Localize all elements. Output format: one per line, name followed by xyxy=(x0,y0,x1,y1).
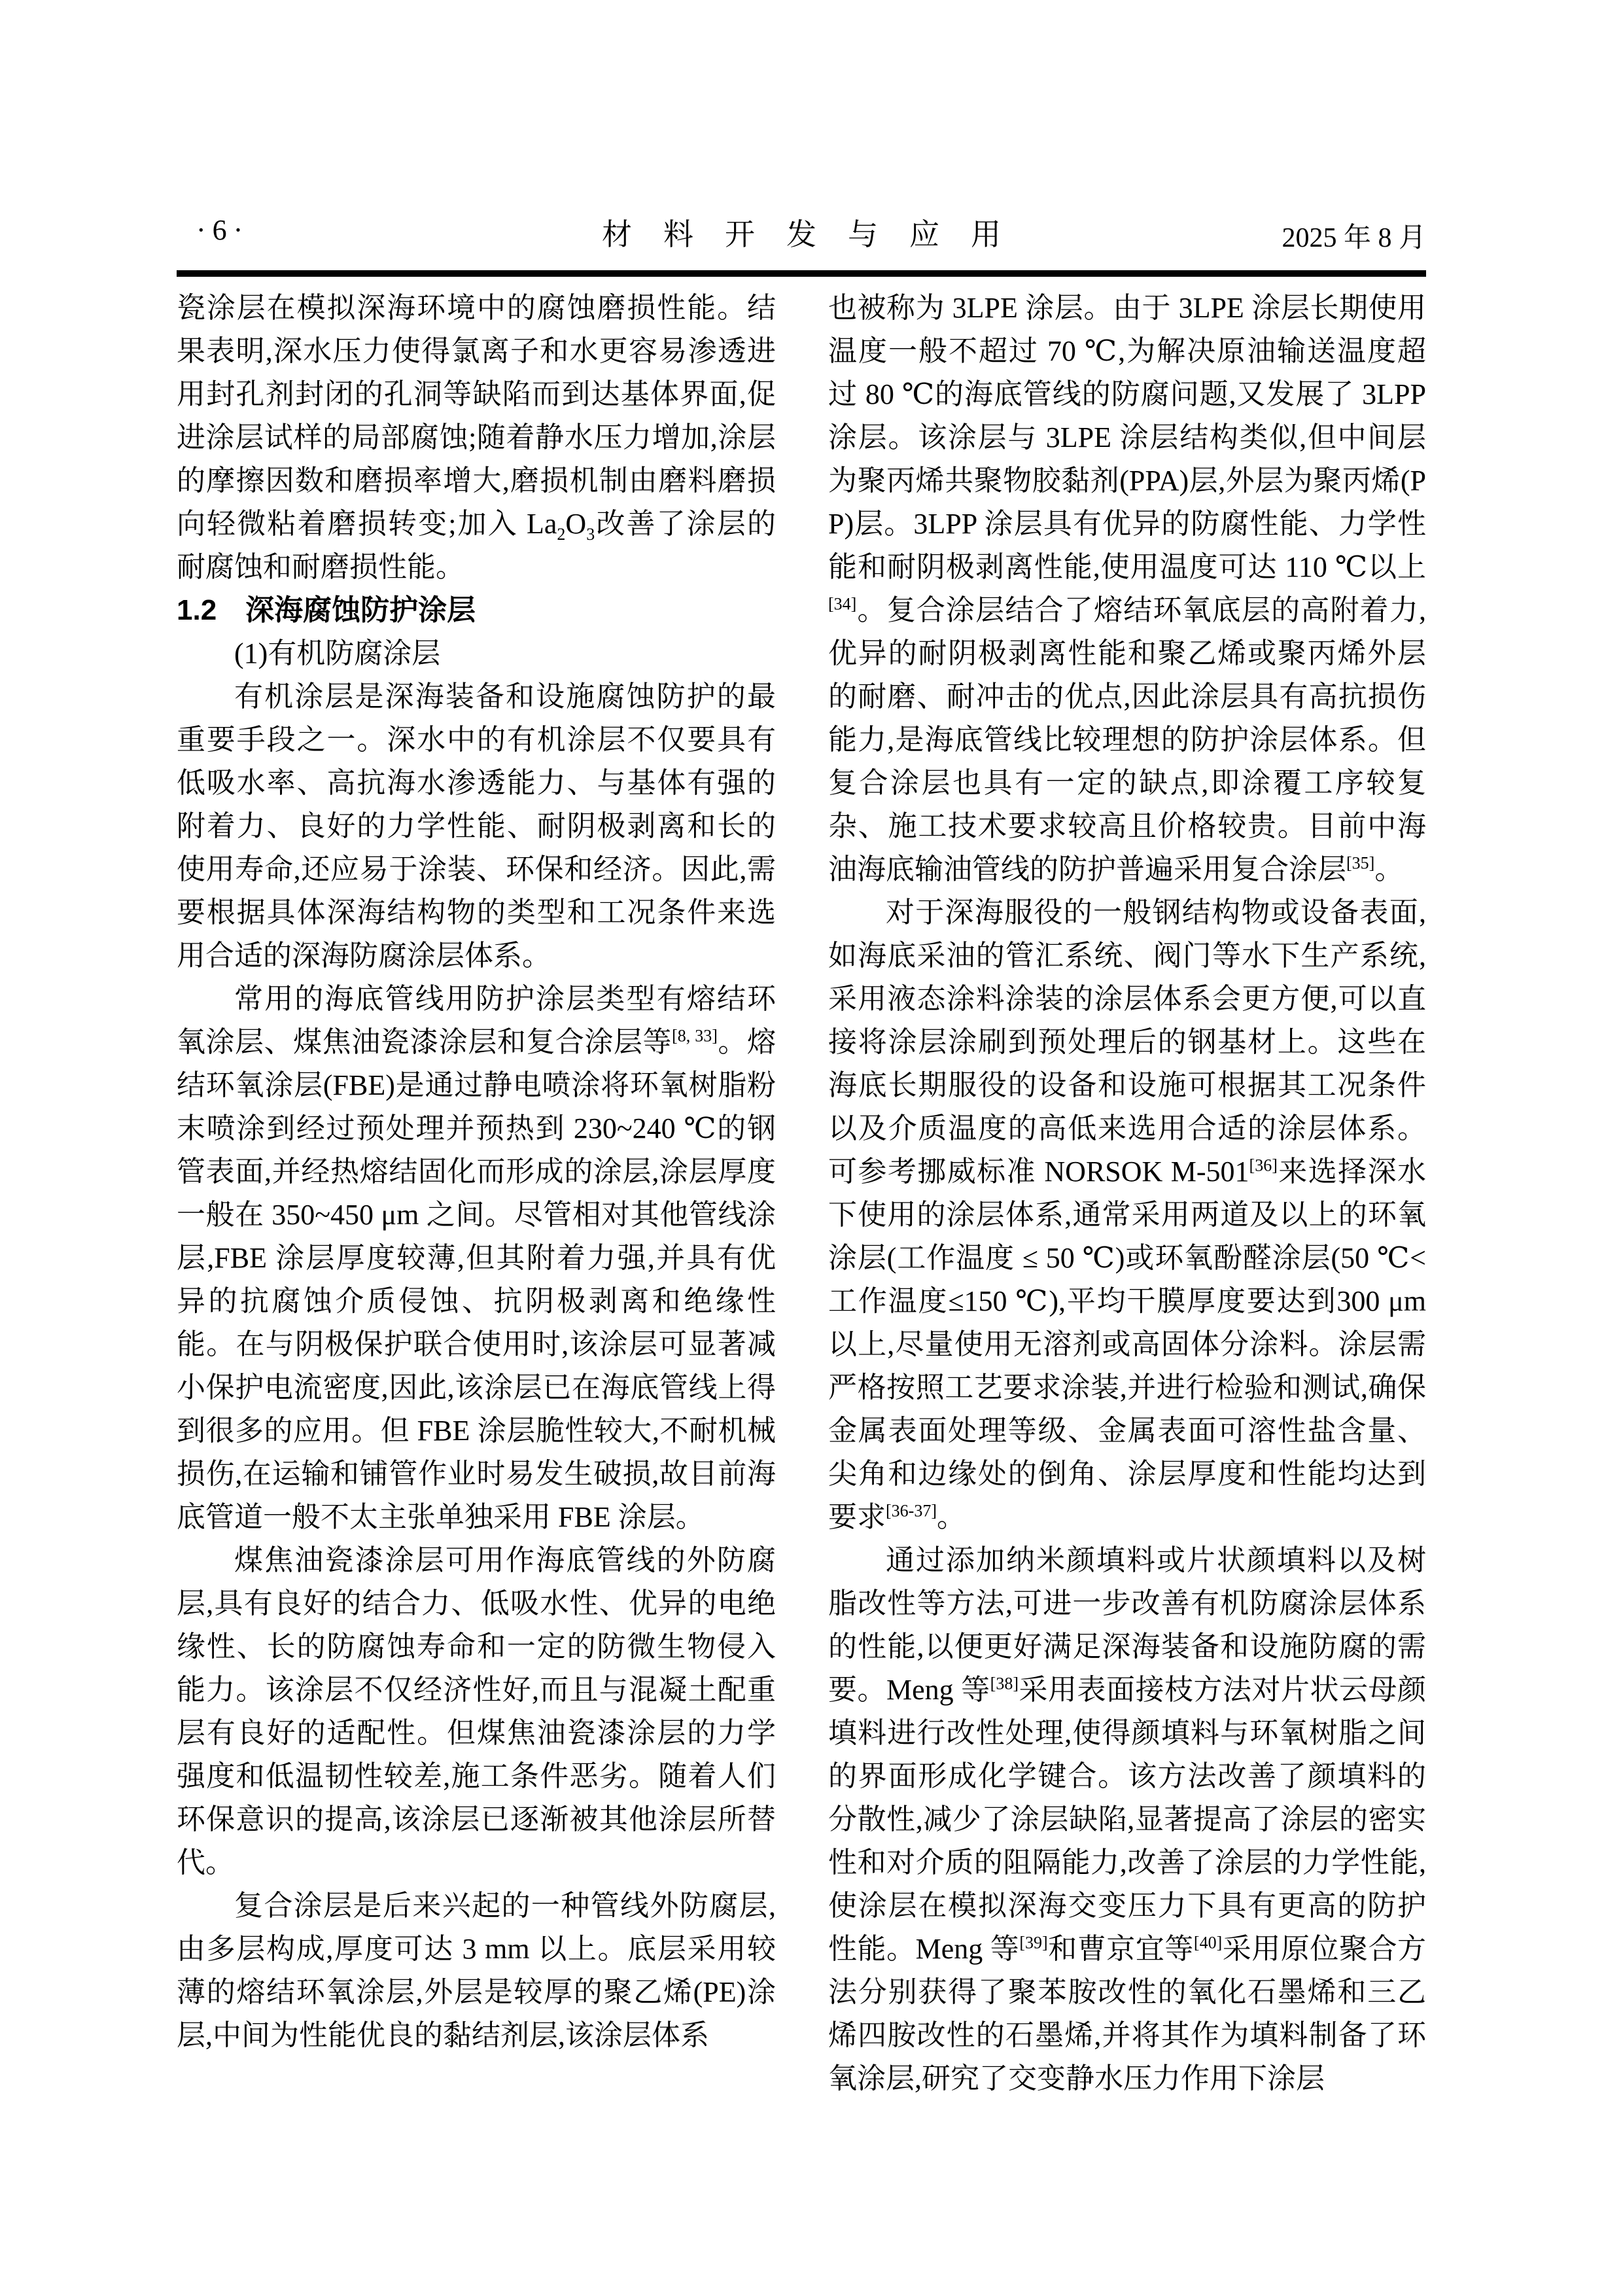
header-rule xyxy=(177,270,1426,277)
paragraph: (1)有机防腐涂层 xyxy=(177,632,776,675)
paragraph: 瓷涂层在模拟深海环境中的腐蚀磨损性能。结果表明,深水压力使得氯离子和水更容易渗透… xyxy=(177,287,776,589)
chemical-subscript: 2 xyxy=(557,525,565,544)
text-run: 。复合涂层结合了熔结环氧底层的高附着力,优异的耐阴极剥离性能和聚乙烯或聚丙烯外层… xyxy=(828,594,1426,885)
text-run: (1)有机防腐涂层 xyxy=(234,637,440,669)
left-column: 瓷涂层在模拟深海环境中的腐蚀磨损性能。结果表明,深水压力使得氯离子和水更容易渗透… xyxy=(177,287,776,2119)
page: ·6· 材料开发与应用 2025 年 8 月 瓷涂层在模拟深海环境中的腐蚀磨损性… xyxy=(0,0,1623,2296)
citation-reference: [35] xyxy=(1346,853,1374,872)
right-column: 也被称为 3LPE 涂层。由于 3LPE 涂层长期使用温度一般不超过 70 ℃,… xyxy=(828,287,1426,2119)
text-run: 有机涂层是深海装备和设施腐蚀防护的最重要手段之一。深水中的有机涂层不仅要具有低吸… xyxy=(177,680,776,972)
text-run: 来选择深水下使用的涂层体系,通常采用两道及以上的环氧涂层(工作温度 ≤ 50 ℃… xyxy=(828,1156,1426,1533)
paragraph: 有机涂层是深海装备和设施腐蚀防护的最重要手段之一。深水中的有机涂层不仅要具有低吸… xyxy=(177,675,776,978)
citation-reference: [39] xyxy=(1019,1933,1047,1952)
paragraph: 常用的海底管线用防护涂层类型有熔结环氧涂层、煤焦油瓷漆涂层和复合涂层等[8, 3… xyxy=(177,978,776,1539)
paragraph: 复合涂层是后来兴起的一种管线外防腐层,由多层构成,厚度可达 3 mm 以上。底层… xyxy=(177,1884,776,2057)
chemical-subscript: 3 xyxy=(586,525,595,544)
text-run: 采用表面接枝方法对片状云母颜填料进行改性处理,使得颜填料与环氧树脂之间的界面形成… xyxy=(828,1674,1426,1965)
citation-reference: [34] xyxy=(828,594,856,613)
citation-reference: [8, 33] xyxy=(672,1026,718,1045)
citation-reference: [36] xyxy=(1249,1156,1278,1174)
text-run: 。熔结环氧涂层(FBE)是通过静电喷涂将环氧树脂粉末喷涂到经过预处理并预热到 2… xyxy=(177,1026,776,1533)
text-run: 1.2 深海腐蚀防护涂层 xyxy=(177,594,476,626)
text-run: 常用的海底管线用防护涂层类型有熔结环氧涂层、煤焦油瓷漆涂层和复合涂层等 xyxy=(177,983,776,1058)
paragraph: 煤焦油瓷漆涂层可用作海底管线的外防腐层,具有良好的结合力、低吸水性、优异的电绝缘… xyxy=(177,1539,776,1884)
journal-title: 材料开发与应用 xyxy=(177,211,1426,254)
citation-reference: [40] xyxy=(1194,1933,1222,1952)
paragraph: 通过添加纳米颜填料或片状颜填料以及树脂改性等方法,可进一步改善有机防腐涂层体系的… xyxy=(828,1539,1426,2100)
text-run: 。 xyxy=(937,1501,966,1533)
text-run: 。 xyxy=(1374,853,1403,885)
citation-reference: [38] xyxy=(990,1674,1019,1693)
issue-date: 2025 年 8 月 xyxy=(1282,216,1426,255)
citation-reference: [36-37] xyxy=(886,1501,937,1520)
text-run: O xyxy=(565,508,586,540)
text-run: 煤焦油瓷漆涂层可用作海底管线的外防腐层,具有良好的结合力、低吸水性、优异的电绝缘… xyxy=(177,1544,776,1879)
text-run: 也被称为 3LPE 涂层。由于 3LPE 涂层长期使用温度一般不超过 70 ℃,… xyxy=(828,292,1426,583)
text-run: 和曹京宜等 xyxy=(1048,1933,1194,1965)
paragraph: 对于深海服役的一般钢结构物或设备表面,如海底采油的管汇系统、阀门等水下生产系统,… xyxy=(828,891,1426,1539)
text-run: 瓷涂层在模拟深海环境中的腐蚀磨损性能。结果表明,深水压力使得氯离子和水更容易渗透… xyxy=(177,292,776,540)
section-heading: 1.2 深海腐蚀防护涂层 xyxy=(177,589,776,632)
paragraph: 也被称为 3LPE 涂层。由于 3LPE 涂层长期使用温度一般不超过 70 ℃,… xyxy=(828,287,1426,891)
text-run: 对于深海服役的一般钢结构物或设备表面,如海底采油的管汇系统、阀门等水下生产系统,… xyxy=(828,896,1426,1188)
text-run: 复合涂层是后来兴起的一种管线外防腐层,由多层构成,厚度可达 3 mm 以上。底层… xyxy=(177,1890,776,2051)
